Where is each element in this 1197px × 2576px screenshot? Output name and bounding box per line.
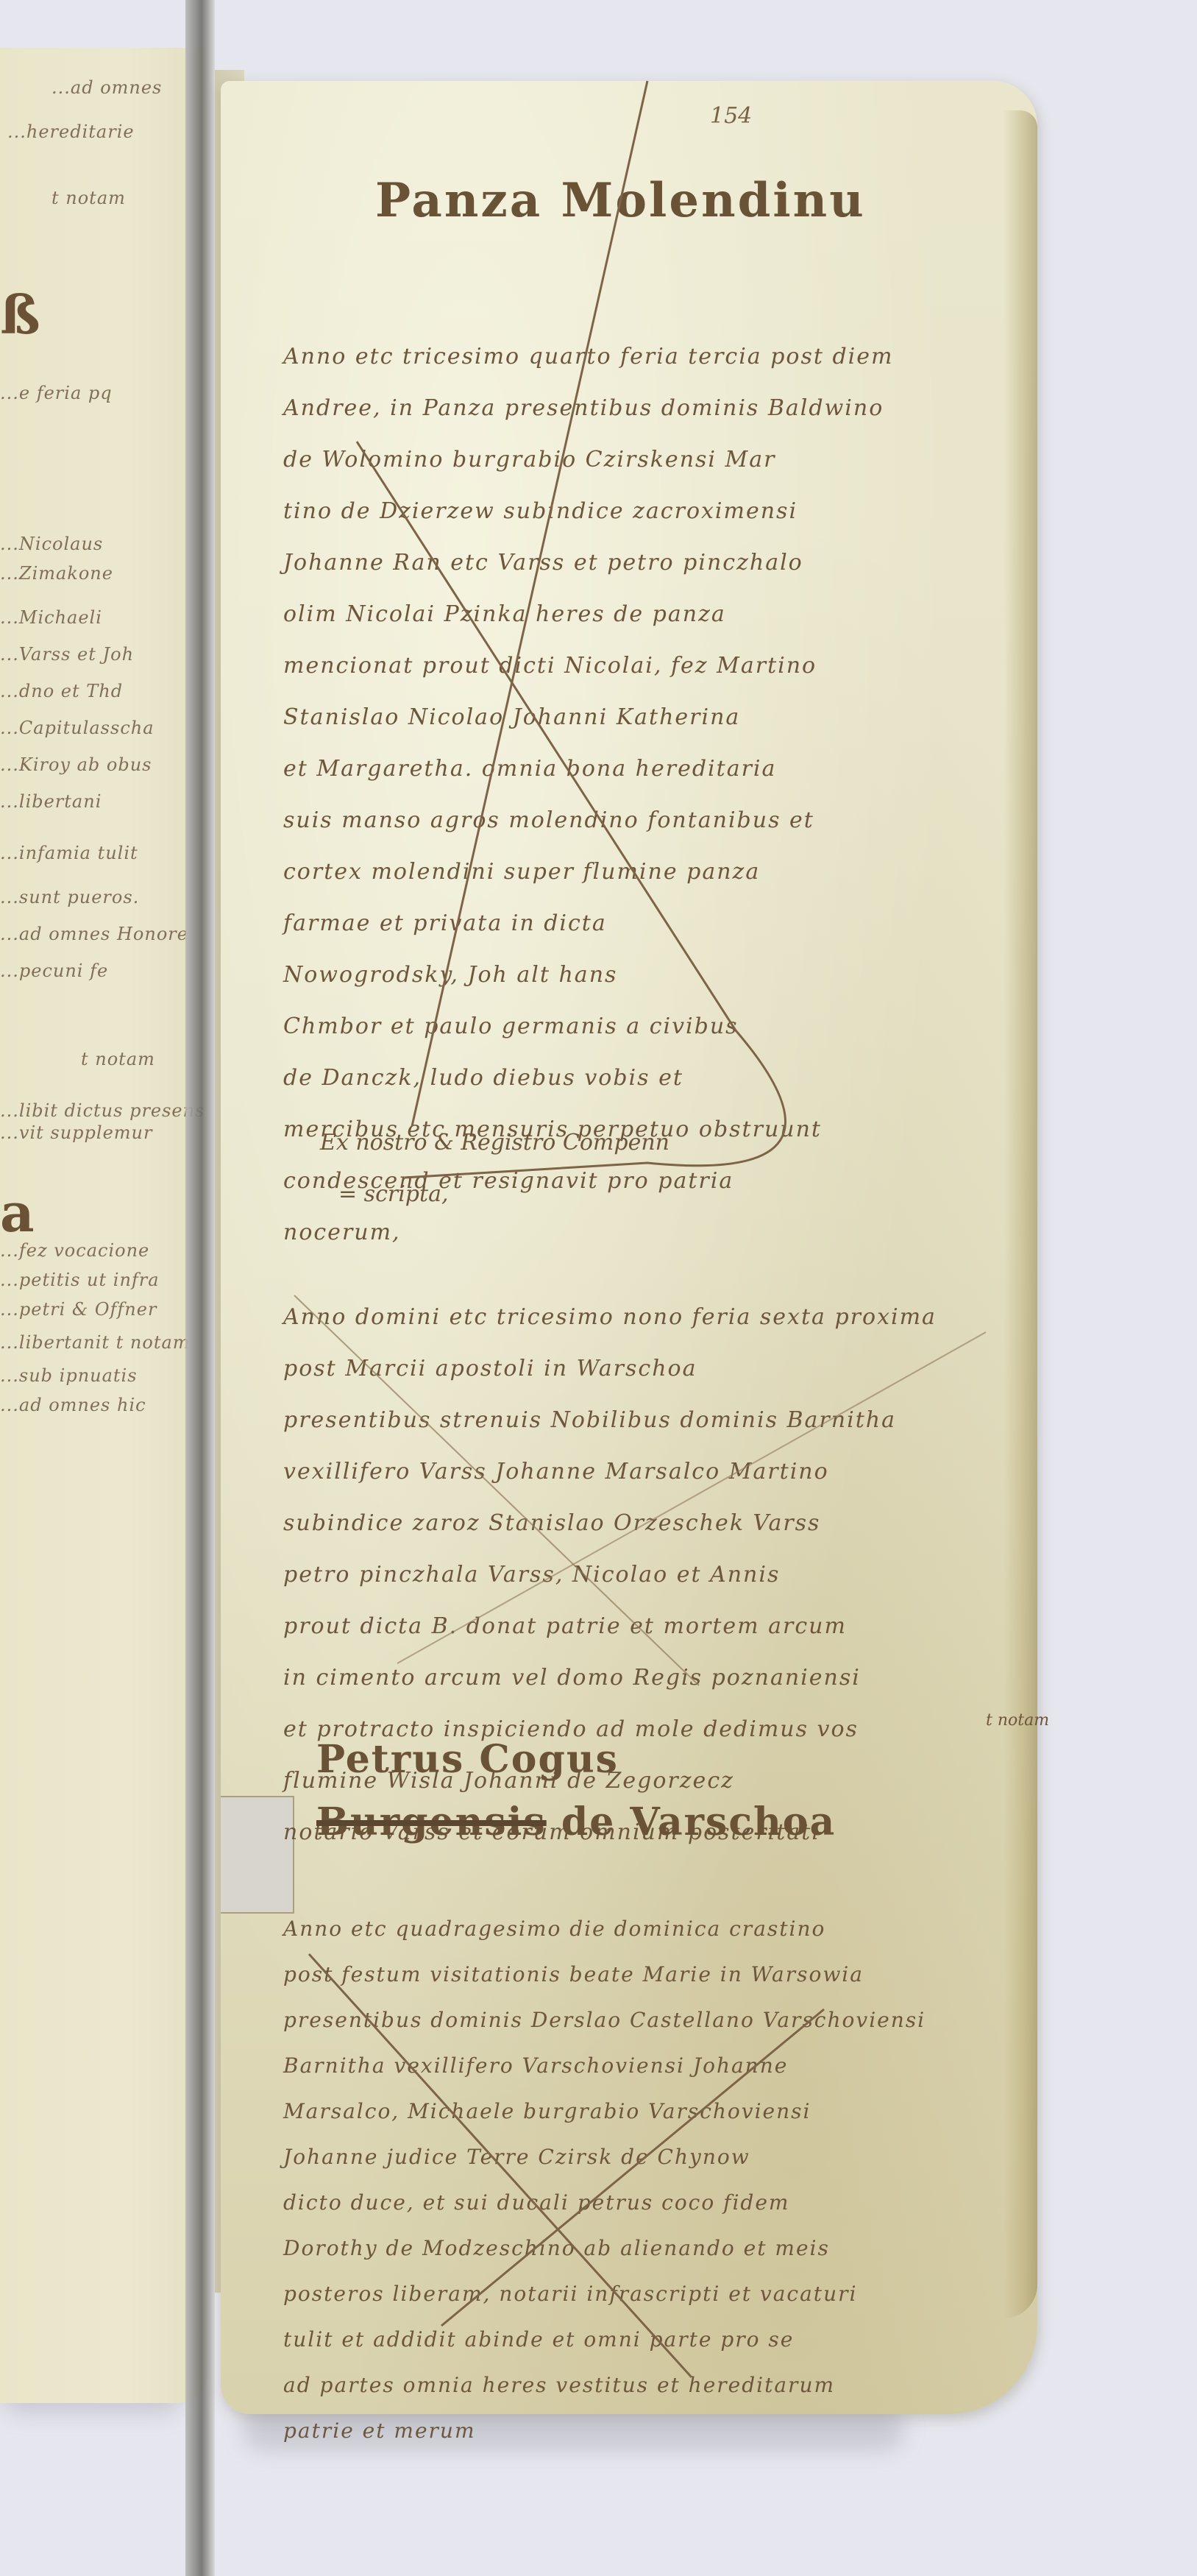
manuscript-line: Chmbor et paulo germanis a civibus bbox=[283, 1001, 990, 1052]
left-line: ...pecuni fe bbox=[0, 960, 108, 981]
left-line: ...Michaeli bbox=[0, 607, 102, 628]
binding-rod bbox=[185, 0, 215, 2576]
manuscript-line: Stanislao Nicolao Johanni Katherina bbox=[283, 692, 990, 743]
left-page: ...ad omnes ...hereditarie t notam ß ...… bbox=[0, 48, 207, 2403]
manuscript-line: posteros liberam, notarii infrascripti e… bbox=[283, 2271, 990, 2317]
left-line: ...dno et Thd bbox=[0, 681, 123, 701]
left-line: ...hereditarie bbox=[7, 121, 135, 142]
manuscript-page: 154 Panza Molendinu Anno etc tricesimo q… bbox=[221, 81, 1037, 2414]
manuscript-line: Anno domini etc tricesimo nono feria sex… bbox=[283, 1292, 990, 1343]
manuscript-line: subindice zaroz Stanislao Orzeschek Vars… bbox=[283, 1498, 990, 1549]
section-subheading: Burgensis de Varschoa bbox=[316, 1800, 836, 1844]
left-line: ...Zimakone bbox=[0, 563, 113, 584]
marginal-note: = scripta, bbox=[338, 1181, 449, 1207]
left-line: ...ad omnes hic bbox=[0, 1395, 146, 1415]
manuscript-line: mencionat prout dicti Nicolai, fez Marti… bbox=[283, 640, 990, 692]
struck-word: Burgensis bbox=[316, 1800, 547, 1844]
entry-1: Anno etc tricesimo quarto feria tercia p… bbox=[283, 331, 990, 1259]
manuscript-line: cortex molendini super flumine panza bbox=[283, 846, 990, 898]
manuscript-line: prout dicta B. donat patrie et mortem ar… bbox=[283, 1601, 990, 1652]
manuscript-line: de Danczk, ludo diebus vobis et bbox=[283, 1052, 990, 1104]
section-heading: Petrus Cogus bbox=[316, 1737, 619, 1782]
folio-number: 154 bbox=[710, 103, 752, 129]
manuscript-line: Nowogrodsky, Joh alt hans bbox=[283, 949, 990, 1001]
left-line: ...infamia tulit bbox=[0, 843, 138, 863]
left-line: ...Capitulasscha bbox=[0, 718, 154, 738]
marginal-note: t notam bbox=[986, 1711, 1049, 1730]
subheading-text: de Varschoa bbox=[561, 1800, 836, 1844]
manuscript-line: olim Nicolai Pzinka heres de panza bbox=[283, 589, 990, 640]
left-line: t notam bbox=[51, 188, 126, 208]
manuscript-line: et Margaretha. omnia bona hereditaria bbox=[283, 743, 990, 795]
manuscript-line: presentibus strenuis Nobilibus dominis B… bbox=[283, 1395, 990, 1446]
manuscript-line: Barnitha vexillifero Varschoviensi Johan… bbox=[283, 2043, 990, 2089]
manuscript-line: ad partes omnia heres vestitus et heredi… bbox=[283, 2363, 990, 2408]
page-edge bbox=[1004, 110, 1037, 2318]
manuscript-line: petro pinczhala Varss, Nicolao et Annis bbox=[283, 1549, 990, 1601]
left-line: ...vit supplemur bbox=[0, 1122, 152, 1143]
left-initial: ß bbox=[0, 283, 40, 346]
left-initial: a bbox=[0, 1181, 35, 1244]
manuscript-line: vexillifero Varss Johanne Marsalco Marti… bbox=[283, 1446, 990, 1498]
manuscript-line: Marsalco, Michaele burgrabio Varschovien… bbox=[283, 2089, 990, 2134]
left-line: ...sub ipnuatis bbox=[0, 1365, 138, 1386]
manuscript-line: farmae et privata in dicta bbox=[283, 898, 990, 949]
manuscript-line: in cimento arcum vel domo Regis poznanie… bbox=[283, 1652, 990, 1704]
left-line: ...petitis ut infra bbox=[0, 1270, 160, 1290]
left-line: ...Nicolaus bbox=[0, 534, 103, 554]
manuscript-line: Johanne Ran etc Varss et petro pinczhalo bbox=[283, 537, 990, 589]
left-line: t notam bbox=[81, 1049, 155, 1069]
left-line: ...e feria pq bbox=[0, 383, 113, 403]
left-line: ...sunt pueros. bbox=[0, 887, 139, 907]
entry-3: Anno etc quadragesimo die dominica crast… bbox=[283, 1906, 990, 2454]
left-line: ...libertani bbox=[0, 791, 102, 812]
left-line: ...ad omnes bbox=[51, 77, 162, 98]
manuscript-line: de Wolomino burgrabio Czirskensi Mar bbox=[283, 434, 990, 486]
manuscript-line: nocerum, bbox=[283, 1207, 990, 1259]
section-heading: Panza Molendinu bbox=[375, 173, 866, 228]
manuscript-line: patrie et merum bbox=[283, 2408, 990, 2454]
left-line: ...libertanit t notam bbox=[0, 1332, 191, 1353]
manuscript-line: tino de Dzierzew subindice zacroximensi bbox=[283, 486, 990, 537]
manuscript-line: dicto duce, et sui ducali petrus coco fi… bbox=[283, 2180, 990, 2226]
left-line: ...fez vocacione bbox=[0, 1240, 149, 1261]
left-line: ...Kiroy ab obus bbox=[0, 754, 152, 775]
left-line: ...petri & Offner bbox=[0, 1299, 157, 1320]
manuscript-line: post Marcii apostoli in Warschoa bbox=[283, 1343, 990, 1395]
manuscript-line: presentibus dominis Derslao Castellano V… bbox=[283, 1998, 990, 2043]
manuscript-line: Johanne judice Terre Czirsk de Chynow bbox=[283, 2134, 990, 2180]
manuscript-line: Anno etc quadragesimo die dominica crast… bbox=[283, 1906, 990, 1952]
marginal-note: Ex nostro & Registro Compenn bbox=[320, 1130, 669, 1156]
left-line: ...libit dictus presens bbox=[0, 1100, 205, 1121]
manuscript-line: Anno etc tricesimo quarto feria tercia p… bbox=[283, 331, 990, 383]
manuscript-line: Dorothy de Modzeschino ab alienando et m… bbox=[283, 2226, 990, 2271]
manuscript-line: Andree, in Panza presentibus dominis Bal… bbox=[283, 383, 990, 434]
manuscript-line: suis manso agros molendino fontanibus et bbox=[283, 795, 990, 846]
manuscript-line: post festum visitationis beate Marie in … bbox=[283, 1952, 990, 1998]
manuscript-line: tulit et addidit abinde et omni parte pr… bbox=[283, 2317, 990, 2363]
left-line: ...Varss et Joh bbox=[0, 644, 134, 665]
left-line: ...ad omnes Honore bbox=[0, 924, 188, 944]
